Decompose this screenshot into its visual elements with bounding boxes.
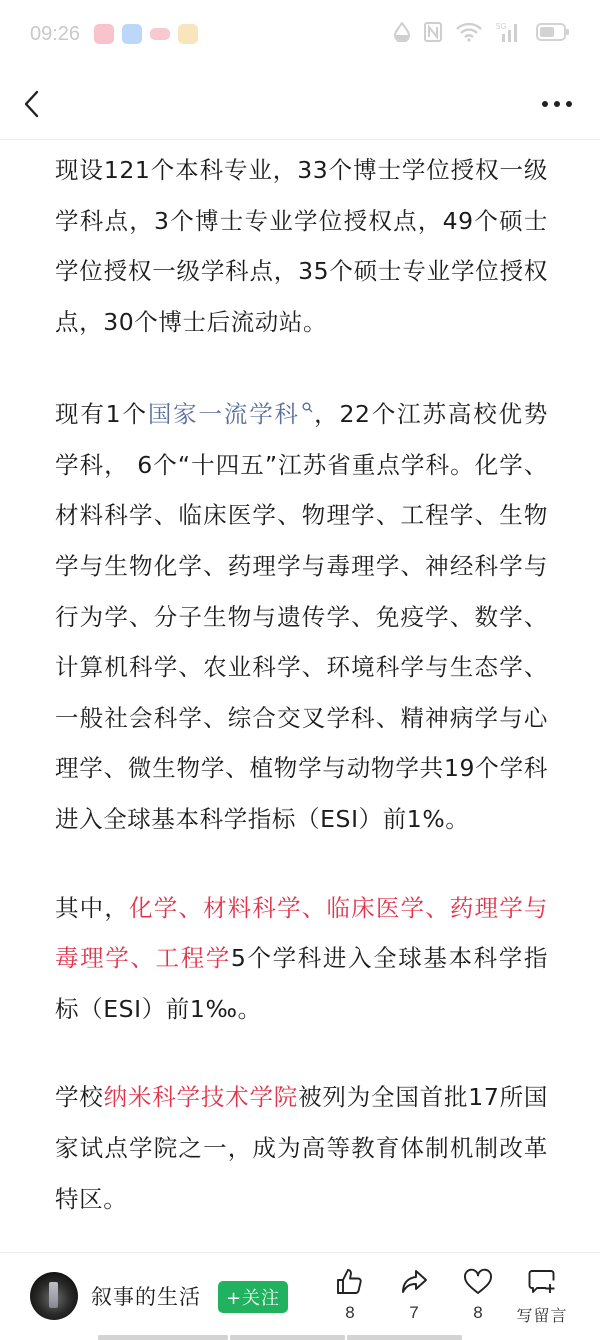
action-group: 8 7 8 写留言 xyxy=(318,1267,574,1326)
svg-text:5G: 5G xyxy=(496,22,507,31)
share-count: 7 xyxy=(409,1303,418,1323)
write-comment-label: 写留言 xyxy=(516,1303,567,1326)
article-page: 09:26 5G xyxy=(0,0,600,1340)
battery-icon xyxy=(536,22,570,46)
paragraph-prefix: 现有1个 xyxy=(55,400,148,428)
author-name[interactable]: 叙事的生活 xyxy=(91,1281,201,1311)
paragraph-prefix: 其中， xyxy=(55,894,129,922)
share-icon xyxy=(399,1267,429,1297)
data-saver-icon xyxy=(394,22,410,46)
author-avatar[interactable] xyxy=(30,1272,78,1320)
paragraph-top-disciplines: 其中，化学、材料科学、临床医学、药理学与毒理学、工程学5个学科进入全球基本科学指… xyxy=(55,883,548,1035)
chevron-left-icon xyxy=(18,86,48,122)
favorite-count: 8 xyxy=(473,1303,482,1323)
like-button[interactable]: 8 xyxy=(318,1267,382,1326)
nfc-icon xyxy=(424,22,442,46)
app-notification-icon xyxy=(150,28,170,40)
paragraph-text: 现设121个本科专业，33个博士学位授权一级学科点，3个博士专业学位授权点，49… xyxy=(55,156,548,336)
paragraph-prefix: 学校 xyxy=(55,1083,104,1111)
app-notification-icon xyxy=(94,24,114,44)
nav-bar xyxy=(0,68,600,140)
write-comment-button[interactable]: 写留言 xyxy=(510,1267,574,1326)
status-bar: 09:26 5G xyxy=(0,0,600,68)
gesture-nav-bar[interactable] xyxy=(98,1335,462,1340)
gesture-segment xyxy=(230,1335,345,1340)
paragraph-degrees: 现设121个本科专业，33个博士学位授权一级学科点，3个博士专业学位授权点，49… xyxy=(55,145,548,347)
share-button[interactable]: 7 xyxy=(382,1267,446,1326)
heart-icon xyxy=(463,1267,493,1297)
status-time: 09:26 xyxy=(30,23,80,46)
follow-button[interactable]: +关注 xyxy=(218,1281,288,1313)
more-options-button[interactable] xyxy=(540,92,574,116)
gesture-segment xyxy=(347,1335,462,1340)
gesture-segment xyxy=(98,1335,228,1340)
status-left: 09:26 xyxy=(30,23,198,46)
more-horizontal-icon xyxy=(540,92,574,116)
weather-icon xyxy=(178,24,198,44)
highlighted-institute: 纳米科学技术学院 xyxy=(104,1083,298,1111)
app-notification-icon xyxy=(122,24,142,44)
back-button[interactable] xyxy=(18,86,48,122)
paragraph-nano-institute: 学校纳米科学技术学院被列为全国首批17所国家试点学院之一，成为高等教育体制机制改… xyxy=(55,1072,548,1224)
thumbs-up-icon xyxy=(335,1267,365,1297)
search-icon xyxy=(302,402,313,417)
comment-add-icon xyxy=(527,1267,557,1297)
paragraph-disciplines: 现有1个国家一流学科，22个江苏高校优势学科， 6个“十四五”江苏省重点学科。化… xyxy=(55,385,548,844)
wifi-icon xyxy=(456,22,482,46)
search-link-national-discipline[interactable]: 国家一流学科 xyxy=(148,400,313,428)
favorite-button[interactable]: 8 xyxy=(446,1267,510,1326)
status-right: 5G xyxy=(394,21,570,47)
paragraph-suffix: ，22个江苏高校优势学科， 6个“十四五”江苏省重点学科。化学、材料科学、临床医… xyxy=(55,400,548,833)
like-count: 8 xyxy=(345,1303,354,1323)
link-text: 国家一流学科 xyxy=(148,400,300,428)
article-body: 现设121个本科专业，33个博士学位授权一级学科点，3个博士专业学位授权点，49… xyxy=(0,140,600,1252)
cellular-signal-icon: 5G xyxy=(496,21,522,47)
bottom-action-bar: 叙事的生活 +关注 8 7 8 写留言 xyxy=(0,1252,600,1340)
